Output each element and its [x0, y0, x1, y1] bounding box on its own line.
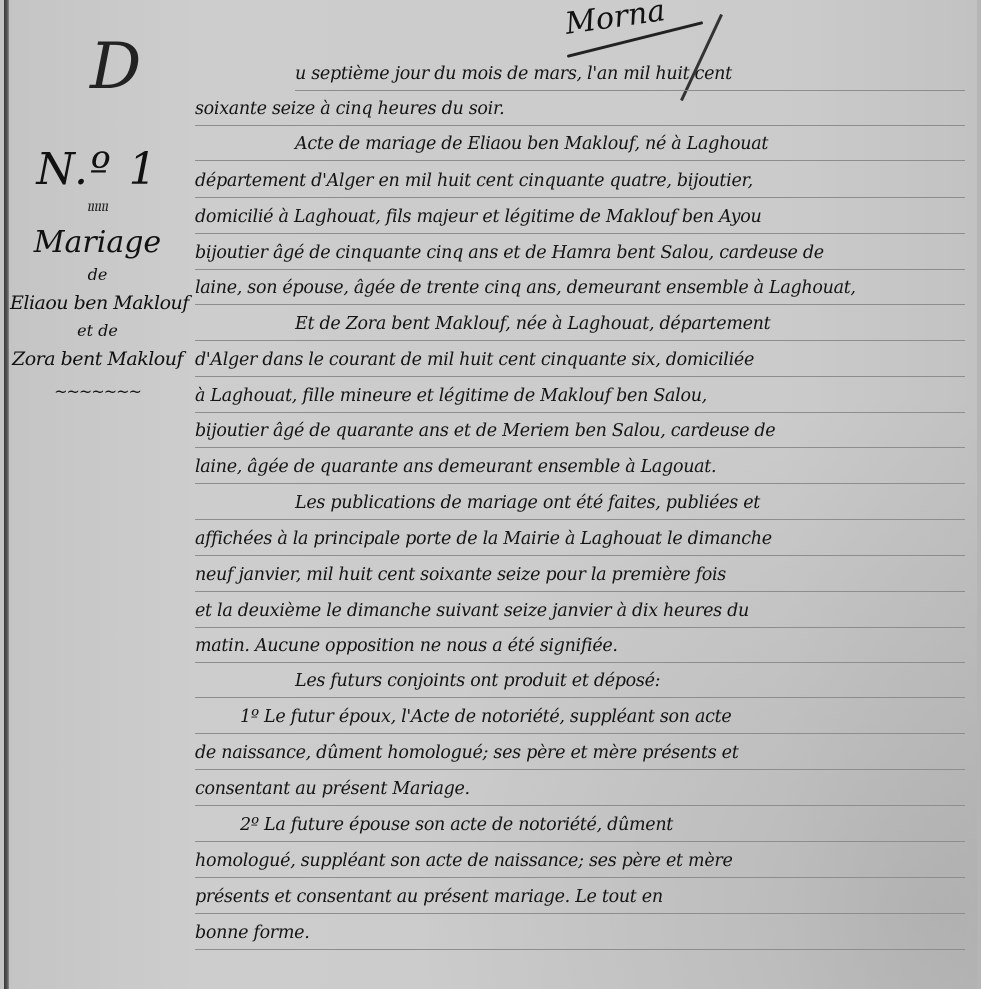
- text-line: et la deuxième le dimanche suivant seize…: [195, 597, 965, 628]
- flourish-top: ıııııı: [10, 200, 185, 214]
- bride-name: Zora bent Maklouf: [10, 342, 185, 376]
- text-line: laine, âgée de quarante ans demeurant en…: [195, 453, 965, 484]
- groom-name: Eliaou ben Maklouf: [10, 286, 185, 320]
- text-line: Et de Zora bent Maklouf, née à Laghouat,…: [195, 310, 965, 341]
- text-line: Les futurs conjoints ont produit et dépo…: [195, 667, 965, 698]
- left-margin-rule: [4, 0, 9, 989]
- text-line: d'Alger dans le courant de mil huit cent…: [195, 346, 965, 377]
- flourish-bottom: ~~~~~~~: [10, 382, 185, 402]
- text-line: matin. Aucune opposition ne nous a été s…: [195, 632, 965, 663]
- text-line: bijoutier âgé de cinquante cinq ans et d…: [195, 239, 965, 270]
- text-line: homologué, suppléant son acte de naissan…: [195, 847, 965, 878]
- text-line: soixante seize à cinq heures du soir.: [195, 95, 965, 126]
- text-line: bonne forme.: [195, 919, 965, 950]
- text-line: 1º Le futur époux, l'Acte de notoriété, …: [195, 703, 965, 734]
- dropcap-letter: D: [90, 30, 141, 104]
- text-line: de naissance, dûment homologué; ses père…: [195, 739, 965, 770]
- text-line: Acte de mariage de Eliaou ben Maklouf, n…: [195, 130, 965, 161]
- text-line: bijoutier âgé de quarante ans et de Meri…: [195, 417, 965, 448]
- text-line: département d'Alger en mil huit cent cin…: [195, 167, 965, 198]
- text-line: laine, son épouse, âgée de trente cinq a…: [195, 274, 965, 305]
- text-line: u septième jour du mois de mars, l'an mi…: [295, 60, 965, 91]
- text-line: Les publications de mariage ont été fait…: [195, 489, 965, 520]
- right-page-edge: [977, 0, 981, 989]
- text-line: 2º La future épouse son acte de notoriét…: [195, 811, 965, 842]
- margin-et-de: et de: [10, 320, 185, 342]
- text-line: neuf janvier, mil huit cent soixante sei…: [195, 561, 965, 592]
- margin-de: de: [10, 264, 185, 286]
- text-line: consentant au présent Mariage.: [195, 775, 965, 806]
- text-line: à Laghouat, fille mineure et légitime de…: [195, 382, 965, 413]
- text-line: domicilié à Laghouat, fils majeur et lég…: [195, 203, 965, 234]
- text-line: affichées à la principale porte de la Ma…: [195, 525, 965, 556]
- record-number: N.º 1: [10, 140, 185, 200]
- register-page: Morna N.º 1 ıııııı Mariage de Eliaou ben…: [0, 0, 981, 989]
- margin-annotation: N.º 1 ıııııı Mariage de Eliaou ben Maklo…: [10, 140, 185, 402]
- text-line: présents et consentant au présent mariag…: [195, 883, 965, 914]
- record-type-title: Mariage: [10, 222, 185, 264]
